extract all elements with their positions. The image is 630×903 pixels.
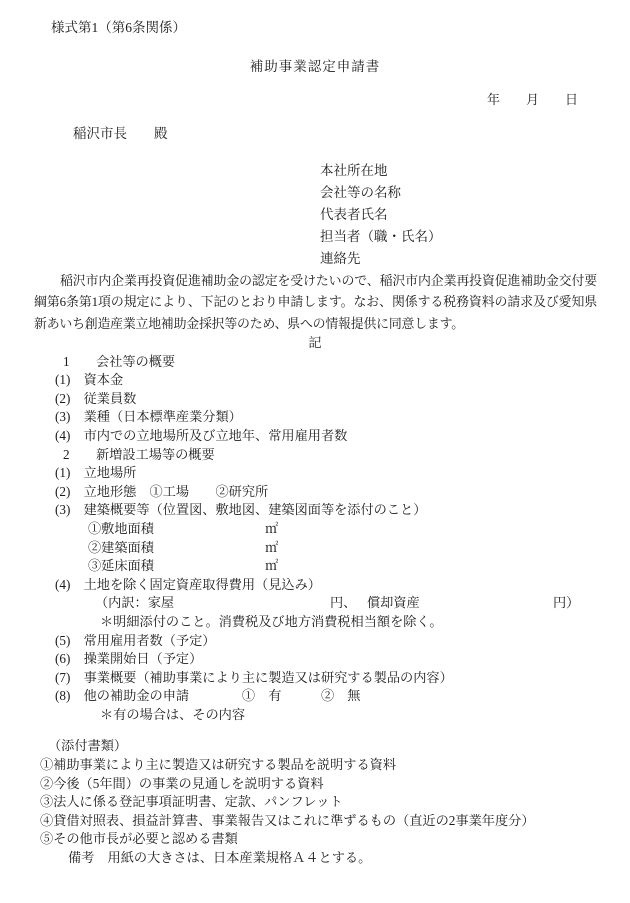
item-employee-count: (2) 従業員数: [0, 390, 630, 409]
item-industry: (3) 業種（日本標準産業分類）: [0, 408, 630, 427]
cost-note: ＊明細添付のこと。消費税及び地方消費税相当額を除く。: [0, 613, 630, 632]
area-row-building: ②建築面積㎡: [0, 539, 630, 558]
sender-field-contact-info: 連絡先: [320, 248, 442, 270]
section-gap: [0, 724, 630, 737]
item-city-location: (4) 市内での立地場所及び立地年、常用雇用者数: [0, 427, 630, 446]
record-mark: 記: [0, 334, 630, 353]
area-site-label: ①敷地面積: [88, 520, 265, 539]
item-planned-employees: (5) 常用雇用者数（予定）: [0, 632, 630, 651]
application-paragraph: 稲沢市内企業再投資促進補助金の認定を受けたいので、稲沢市内企業再投資促進補助金交…: [34, 271, 597, 335]
breakdown-house-label: （内訳：家屋: [95, 594, 330, 613]
area-floor-label: ③延床面積: [88, 557, 265, 576]
other-subsidy-note: ＊有の場合は、その内容: [0, 706, 630, 725]
item-business-overview: (7) 事業概要（補助事業により主に製造又は研究する製品の内容）: [0, 669, 630, 688]
page-title: 補助事業認定申請書: [0, 55, 630, 75]
item-capital: (1) 資本金: [0, 371, 630, 390]
area-site-unit: ㎡: [265, 521, 278, 536]
attachment-item-2: ②今後（5年間）の事業の見通しを説明する資料: [0, 775, 630, 794]
attachment-item-4: ④貸借対照表、損益計算書、事業報告又はこれに準ずるもの（直近の2事業年度分）: [0, 812, 630, 831]
item-operation-start: (6) 操業開始日（予定）: [0, 650, 630, 669]
date-line: 年 月 日: [487, 89, 578, 108]
form-body: 記 1 会社等の概要 (1) 資本金 (2) 従業員数 (3) 業種（日本標準産…: [0, 334, 630, 868]
attachment-item-5: ⑤その他市長が必要と認める書類: [0, 830, 630, 849]
recipient-line: 稲沢市長 殿: [73, 122, 168, 142]
item-site-type: (2) 立地形態 ①工場 ②研究所: [0, 483, 630, 502]
cost-breakdown-line: （内訳：家屋円、償却資産円）: [0, 594, 630, 613]
application-form-page: 様式第1（第6条関係） 補助事業認定申請書 年 月 日 稲沢市長 殿 本社所在地…: [0, 0, 630, 903]
breakdown-yen-1: 円、: [330, 594, 367, 613]
breakdown-depreciable-label: 償却資産: [367, 594, 553, 613]
attachment-item-3: ③法人に係る登記事項証明書、定款、パンフレット: [0, 793, 630, 812]
breakdown-yen-2: 円）: [553, 595, 579, 610]
remark-line: 備考 用紙の大きさは、日本産業規格Ａ４とする。: [0, 849, 630, 868]
attachment-item-1: ①補助事業により主に製造又は研究する製品を説明する資料: [0, 756, 630, 775]
sender-field-head-office: 本社所在地: [320, 160, 442, 182]
attachments-heading: （添付書類）: [0, 737, 630, 756]
area-floor-unit: ㎡: [265, 558, 278, 573]
section1-heading: 1 会社等の概要: [0, 353, 630, 372]
sender-field-company-name: 会社等の名称: [320, 182, 442, 204]
item-site-location: (1) 立地場所: [0, 464, 630, 483]
sender-block: 本社所在地 会社等の名称 代表者氏名 担当者（職・氏名） 連絡先: [320, 160, 442, 270]
sender-field-contact-person: 担当者（職・氏名）: [320, 226, 442, 248]
area-row-floor: ③延床面積㎡: [0, 557, 630, 576]
area-building-unit: ㎡: [265, 540, 278, 555]
area-row-site: ①敷地面積㎡: [0, 520, 630, 539]
form-number: 様式第1（第6条関係）: [51, 16, 186, 36]
section2-heading: 2 新増設工場等の概要: [0, 446, 630, 465]
item-building-overview: (3) 建築概要等（位置図、敷地図、建築図面等を添付のこと）: [0, 501, 630, 520]
area-building-label: ②建築面積: [88, 539, 265, 558]
item-asset-cost: (4) 土地を除く固定資産取得費用（見込み）: [0, 576, 630, 595]
sender-field-representative: 代表者氏名: [320, 204, 442, 226]
item-other-subsidy: (8) 他の補助金の申請 ① 有 ② 無: [0, 687, 630, 706]
